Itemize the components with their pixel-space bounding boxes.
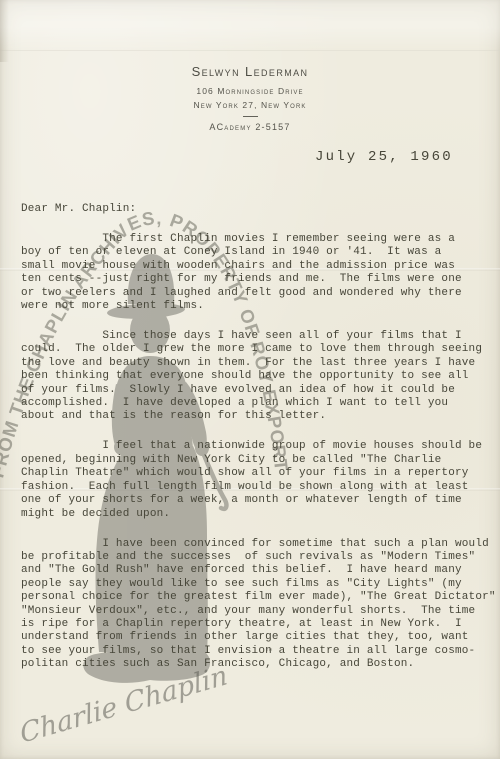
letter-page: FROM THE CHAPLIN ARCHIVES, PROPERTY OF R… bbox=[0, 0, 500, 759]
salutation: Dear Mr. Chaplin: bbox=[21, 203, 499, 216]
paragraph-2: Since those days I have seen all of your… bbox=[21, 330, 499, 424]
date-line: July 25, 1960 bbox=[315, 149, 453, 165]
letterhead-address-line1: 106 Morningside Drive bbox=[0, 86, 500, 96]
letterhead-divider bbox=[243, 116, 258, 117]
letterhead-name: Selwyn Lederman bbox=[0, 64, 500, 79]
paragraph-1: The first Chaplin movies I remember seei… bbox=[21, 233, 499, 313]
letter-body: Dear Mr. Chaplin: The first Chaplin movi… bbox=[21, 203, 499, 672]
letterhead-address-line2: New York 27, New York bbox=[0, 100, 500, 110]
paragraph-3: I feel that a nationwide group of movie … bbox=[21, 440, 499, 520]
typing-layer: Selwyn Lederman 106 Morningside Drive Ne… bbox=[0, 0, 500, 759]
letterhead: Selwyn Lederman 106 Morningside Drive Ne… bbox=[0, 64, 500, 132]
paragraph-4: I have been convinced for sometime that … bbox=[21, 538, 499, 672]
letterhead-phone: ACademy 2-5157 bbox=[0, 122, 500, 132]
